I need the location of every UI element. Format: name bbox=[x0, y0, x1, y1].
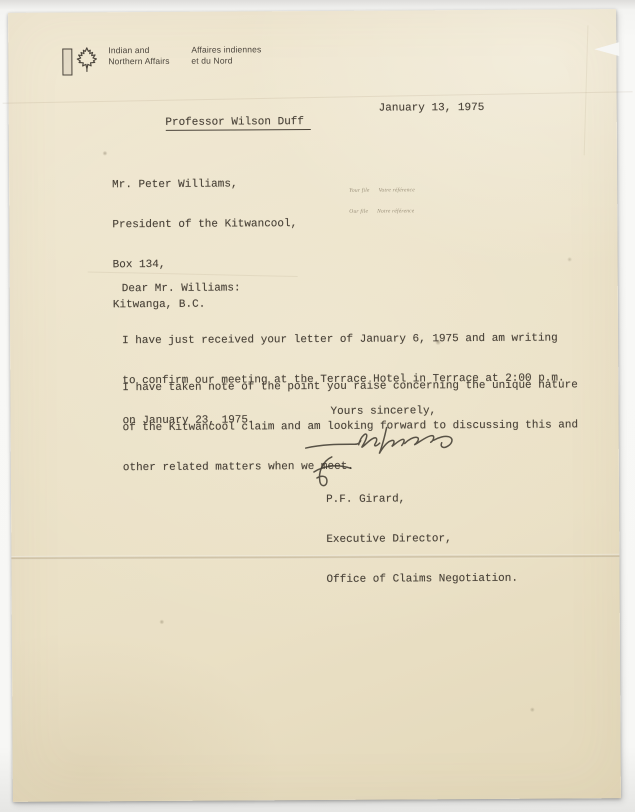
salutation: Dear Mr. Williams: bbox=[122, 282, 241, 296]
signature-title: Executive Director, bbox=[326, 533, 518, 548]
paragraph-line: I have just received your letter of Janu… bbox=[122, 332, 564, 348]
your-file-en: Your file bbox=[349, 188, 369, 194]
signature-name: P.F. Girard, bbox=[326, 493, 518, 508]
signature-block: P.F. Girard, Executive Director, Office … bbox=[326, 466, 518, 615]
your-file-fr: Votre référence bbox=[379, 187, 415, 193]
letter-paper: Indian and Northern Affairs Affaires ind… bbox=[8, 9, 621, 802]
maple-leaf-icon bbox=[75, 46, 98, 72]
dept-name-fr: Affaires indiennes et du Nord bbox=[191, 44, 261, 65]
recipient-line: Box 134, bbox=[113, 258, 298, 273]
flag-bar-icon bbox=[62, 48, 72, 75]
dept-name-fr-line1: Affaires indiennes bbox=[191, 44, 261, 55]
paragraph-line: I have taken note of the point you raise… bbox=[122, 379, 578, 395]
subject-line: Professor Wilson Duff bbox=[126, 103, 311, 144]
our-file-label: Our fileNotre référence bbox=[349, 208, 414, 214]
dept-name-en-line2: Northern Affairs bbox=[108, 55, 169, 66]
date-line: January 13, 1975 bbox=[379, 102, 485, 116]
recipient-line: President of the Kitwancool, bbox=[112, 218, 297, 233]
recipient-line: Mr. Peter Williams, bbox=[112, 178, 297, 193]
your-file-label: Your fileVotre référence bbox=[349, 187, 415, 193]
fold-crease bbox=[3, 91, 633, 104]
subject-text: Professor Wilson Duff bbox=[165, 116, 311, 131]
dept-name-fr-line2: et du Nord bbox=[191, 55, 261, 66]
paper-edge-tear bbox=[594, 42, 619, 56]
fold-crease bbox=[584, 25, 589, 155]
signature-office: Office of Claims Negotiation. bbox=[327, 573, 519, 588]
dept-name-en-line1: Indian and bbox=[108, 45, 169, 56]
scanned-letter-background: Indian and Northern Affairs Affaires ind… bbox=[0, 0, 635, 812]
our-file-en: Our file bbox=[349, 209, 368, 215]
fold-crease bbox=[11, 554, 619, 560]
our-file-fr: Notre référence bbox=[377, 208, 414, 214]
canada-flag-maple-leaf-icon bbox=[62, 46, 98, 75]
dept-name-en: Indian and Northern Affairs bbox=[108, 45, 169, 66]
